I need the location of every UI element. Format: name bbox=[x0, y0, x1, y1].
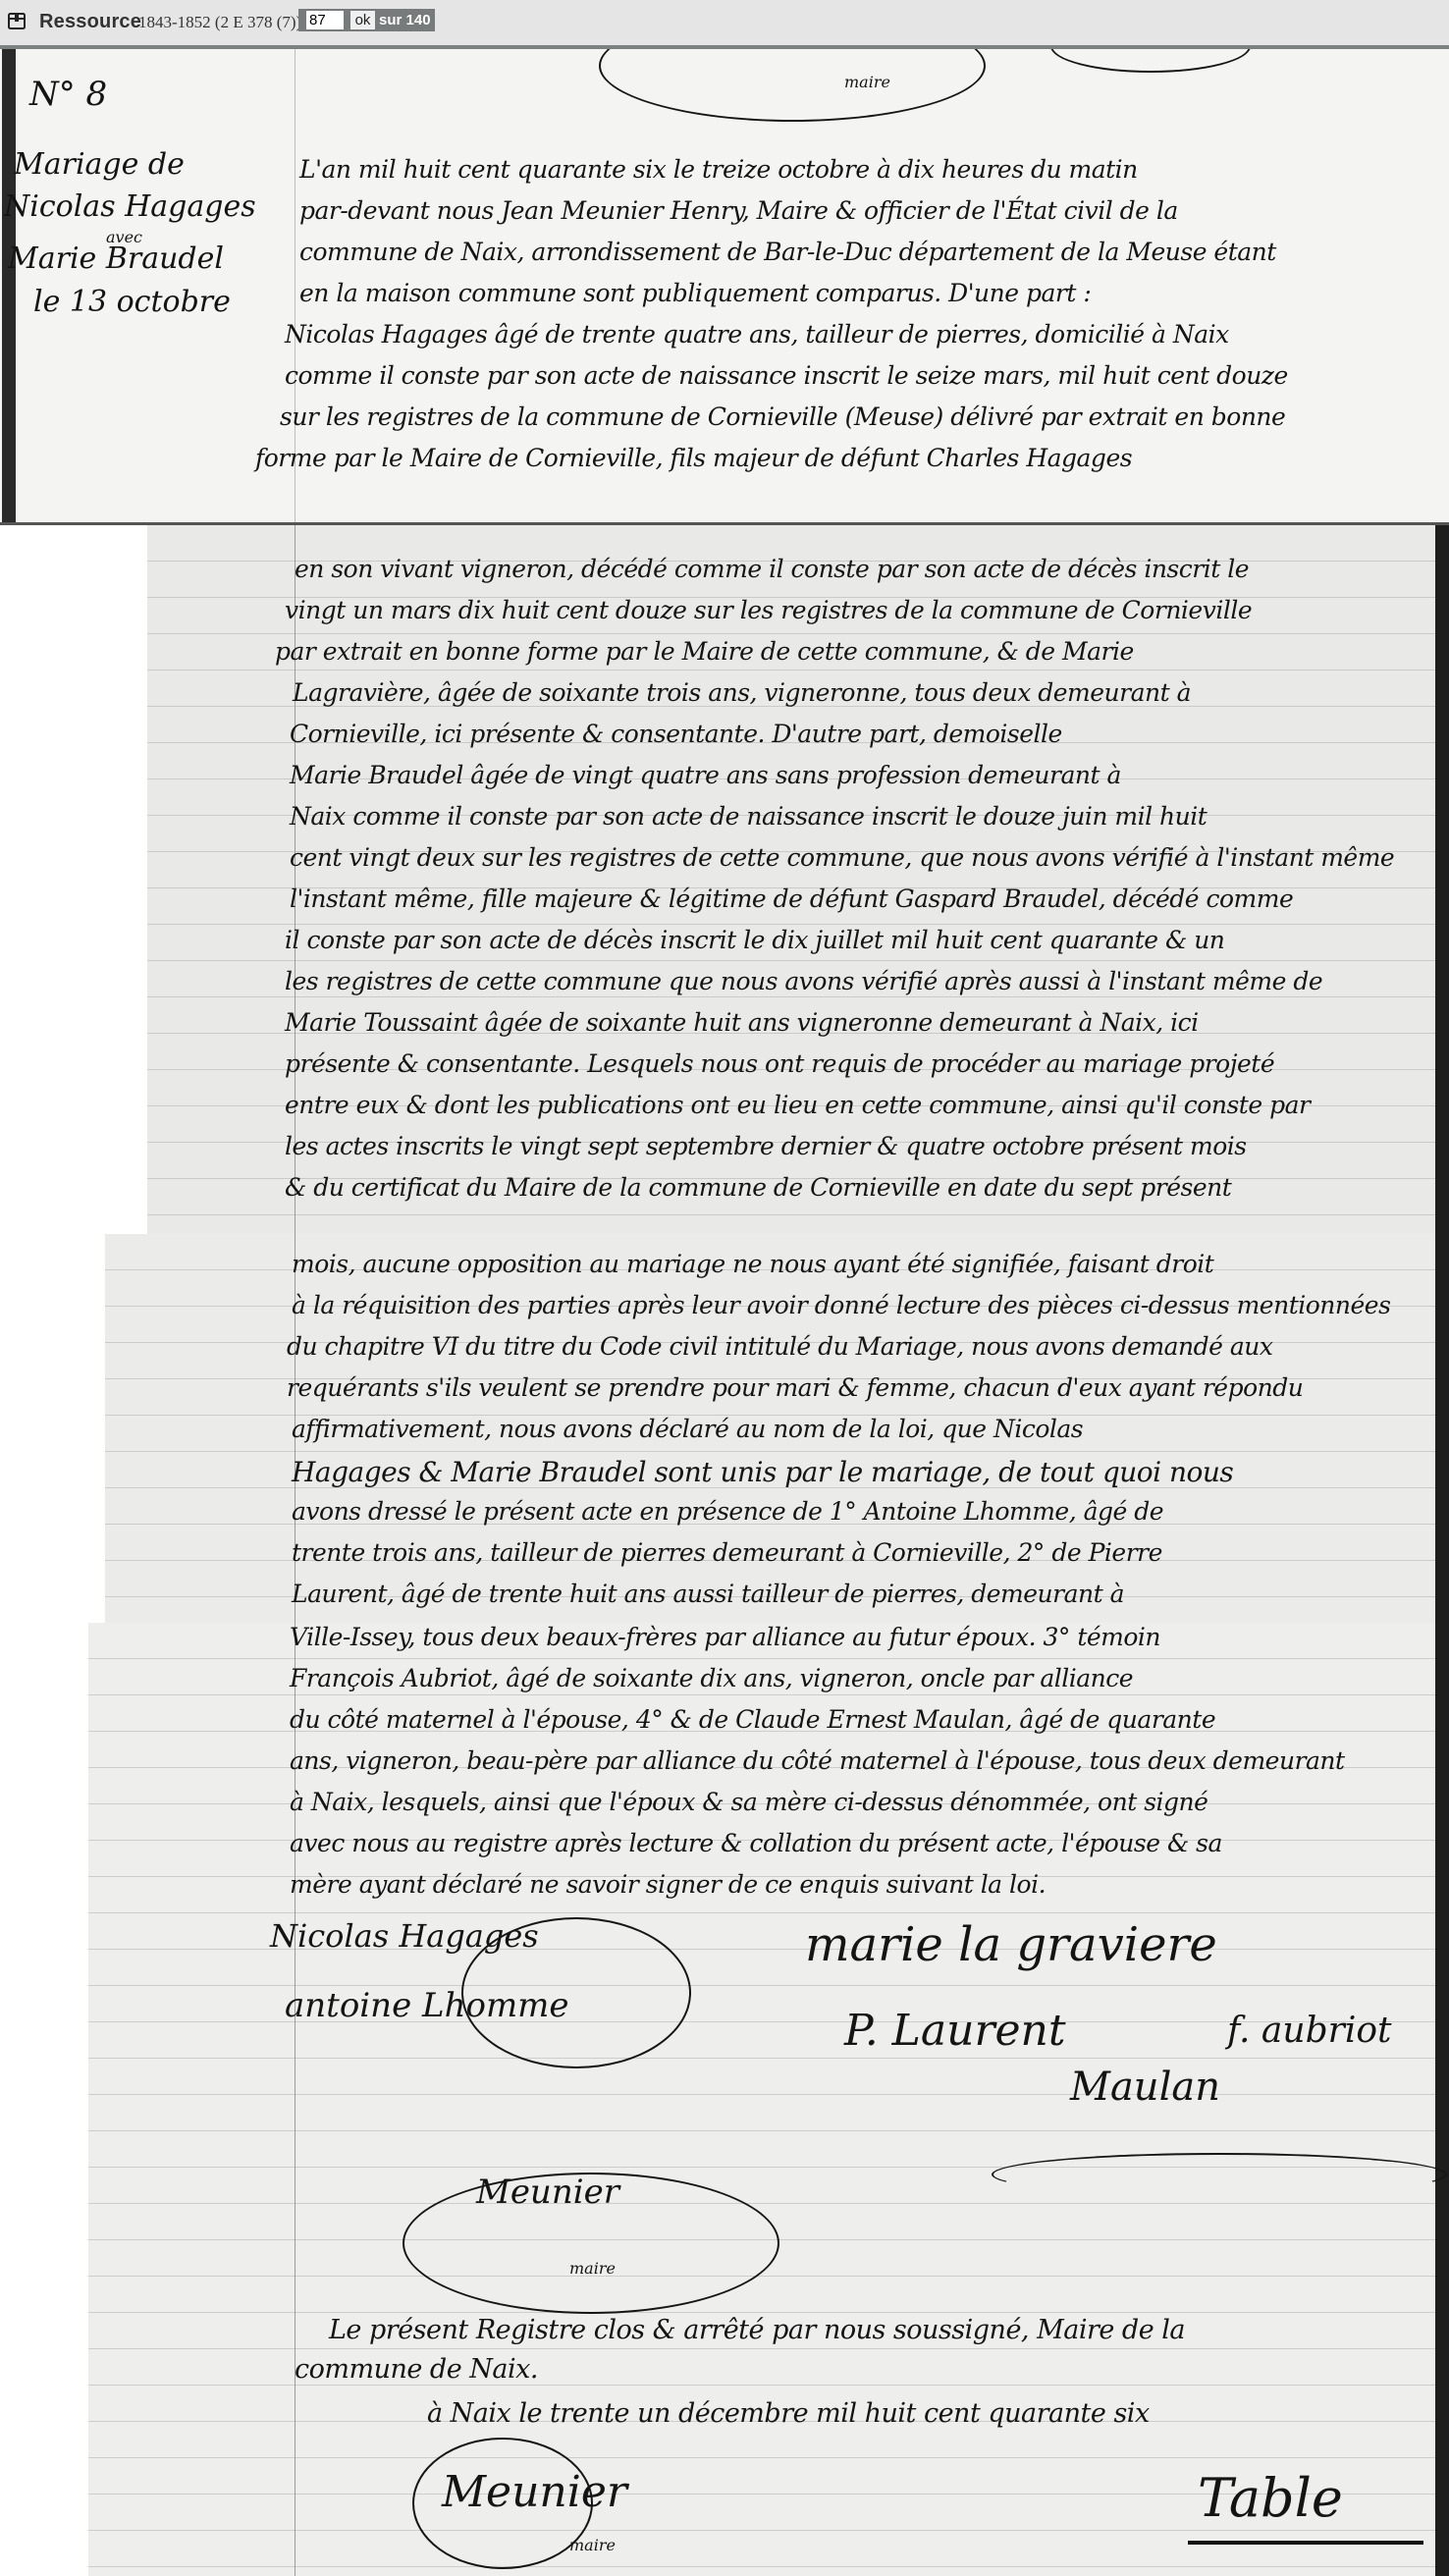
act-text-line: Cornieville, ici présente & consentante.… bbox=[290, 720, 1062, 748]
page-navigator: ok sur 140 bbox=[298, 9, 435, 31]
act-text-line: avec nous au registre après lecture & co… bbox=[290, 1829, 1222, 1857]
page-right-edge bbox=[1435, 1623, 1449, 2576]
margin-note-line: Mariage de bbox=[14, 147, 185, 182]
ruled-lines bbox=[147, 525, 1435, 1234]
act-text-line: commune de Naix, arrondissement de Bar-l… bbox=[299, 238, 1276, 266]
act-text-line: par-devant nous Jean Meunier Henry, Mair… bbox=[299, 196, 1178, 225]
signature-flourish bbox=[461, 1917, 691, 2068]
act-text-line: Laurent, âgé de trente huit ans aussi ta… bbox=[292, 1580, 1124, 1608]
mayor-title: maire bbox=[569, 2259, 616, 2278]
act-text-line: en la maison commune sont publiquement c… bbox=[299, 279, 1091, 307]
closing-text-line: Le présent Registre clos & arrêté par no… bbox=[329, 2315, 1185, 2345]
page-total-label: sur 140 bbox=[379, 11, 431, 29]
resource-title: Ressource bbox=[39, 11, 141, 33]
act-text-line: L'an mil huit cent quarante six le treiz… bbox=[299, 155, 1138, 184]
act-text-line: avons dressé le présent acte en présence… bbox=[292, 1497, 1163, 1526]
act-text-line: entre eux & dont les publications ont eu… bbox=[285, 1091, 1310, 1119]
margin-note-line: Marie Braudel bbox=[8, 241, 224, 276]
act-text-line: mère ayant déclaré ne savoir signer de c… bbox=[290, 1870, 1046, 1899]
act-text-line: à la réquisition des parties après leur … bbox=[292, 1291, 1390, 1319]
closing-signature-title: maire bbox=[569, 2536, 616, 2554]
act-text-line: par extrait en bonne forme par le Maire … bbox=[275, 637, 1134, 666]
act-text-line: sur les registres de la commune de Corni… bbox=[280, 402, 1285, 431]
act-text-line: Marie Braudel âgée de vingt quatre ans s… bbox=[290, 761, 1121, 789]
scan-tile-3[interactable]: mois, aucune opposition au mariage ne no… bbox=[105, 1234, 1449, 1623]
signature-flourish bbox=[992, 2153, 1447, 2196]
act-text-line: du chapitre VI du titre du Code civil in… bbox=[287, 1332, 1273, 1361]
closing-text-line: à Naix le trente un décembre mil huit ce… bbox=[427, 2398, 1150, 2429]
act-text-line: François Aubriot, âgé de soixante dix an… bbox=[290, 1664, 1133, 1692]
act-text-line: forme par le Maire de Cornieville, fils … bbox=[255, 444, 1132, 472]
act-text-line: Ville-Issey, tous deux beaux-frères par … bbox=[290, 1623, 1160, 1651]
signature-witness-4: Maulan bbox=[1070, 2065, 1220, 2110]
closing-text-line: commune de Naix. bbox=[295, 2354, 538, 2385]
signature-bride-mother: marie la graviere bbox=[805, 1917, 1217, 1972]
act-text-line: requérants s'ils veulent se prendre pour… bbox=[287, 1373, 1303, 1402]
page-right-edge bbox=[1435, 525, 1449, 1234]
act-text-line: Hagages & Marie Braudel sont unis par le… bbox=[292, 1456, 1233, 1488]
act-text-line: à Naix, lesquels, ainsi que l'époux & sa… bbox=[290, 1788, 1207, 1816]
seal-label: maire bbox=[844, 73, 890, 91]
act-text-line: & du certificat du Maire de la commune d… bbox=[285, 1173, 1231, 1202]
act-text-line: vingt un mars dix huit cent douze sur le… bbox=[285, 596, 1252, 624]
resource-toolbar: Ressource 1843-1852 (2 E 378 (7)) ok sur… bbox=[0, 0, 1449, 45]
act-text-line: mois, aucune opposition au mariage ne no… bbox=[292, 1250, 1213, 1278]
closing-signature: Meunier bbox=[442, 2467, 627, 2517]
act-text-line: ans, vigneron, beau-père par alliance du… bbox=[290, 1746, 1345, 1775]
act-text-line: Nicolas Hagages âgé de trente quatre ans… bbox=[285, 320, 1229, 349]
scan-tile-1[interactable]: maire N° 8 Mariage de Nicolas Hagages av… bbox=[0, 49, 1449, 525]
margin-rule bbox=[295, 525, 295, 1234]
page-right-edge bbox=[1435, 1234, 1449, 1623]
resource-subtitle: 1843-1852 (2 E 378 (7)) bbox=[138, 13, 301, 32]
scan-tile-4[interactable]: Ville-Issey, tous deux beaux-frères par … bbox=[88, 1623, 1449, 2576]
act-text-line: les actes inscrits le vingt sept septemb… bbox=[285, 1132, 1247, 1160]
margin-note-line: le 13 octobre bbox=[33, 285, 231, 319]
signature-flourish bbox=[599, 49, 986, 122]
table-heading: Table bbox=[1198, 2467, 1343, 2529]
act-text-line: Lagravière, âgée de soixante trois ans, … bbox=[293, 678, 1191, 707]
page-spine-edge bbox=[2, 49, 16, 525]
signature-witness-3: f. aubriot bbox=[1227, 2011, 1391, 2051]
go-to-page-button[interactable]: ok bbox=[350, 11, 375, 29]
act-text-line: Marie Toussaint âgée de soixante huit an… bbox=[285, 1008, 1199, 1037]
act-text-line: du côté maternel à l'épouse, 4° & de Cla… bbox=[290, 1705, 1215, 1734]
act-text-line: trente trois ans, tailleur de pierres de… bbox=[292, 1538, 1162, 1567]
act-text-line: l'instant même, fille majeure & légitime… bbox=[290, 885, 1293, 913]
act-text-line: Naix comme il conste par son acte de nai… bbox=[290, 802, 1207, 831]
act-text-line: comme il conste par son acte de naissanc… bbox=[285, 361, 1288, 390]
archive-box-icon bbox=[8, 12, 26, 29]
signature-witness-2: P. Laurent bbox=[844, 2006, 1066, 2056]
table-underline bbox=[1188, 2541, 1423, 2545]
act-text-line: il conste par son acte de décès inscrit … bbox=[285, 926, 1224, 954]
margin-note-line: Nicolas Hagages bbox=[4, 189, 256, 224]
act-text-line: affirmativement, nous avons déclaré au n… bbox=[292, 1415, 1083, 1443]
scan-tile-2[interactable]: en son vivant vigneron, décédé comme il … bbox=[147, 525, 1449, 1234]
act-number: N° 8 bbox=[29, 75, 107, 114]
signature-flourish bbox=[1050, 49, 1251, 73]
page-number-input[interactable] bbox=[306, 11, 344, 29]
act-text-line: les registres de cette commune que nous … bbox=[285, 967, 1322, 995]
act-text-line: en son vivant vigneron, décédé comme il … bbox=[295, 555, 1249, 583]
mayor-seal-flourish bbox=[402, 2173, 779, 2314]
act-text-line: cent vingt deux sur les registres de cet… bbox=[290, 843, 1394, 872]
act-text-line: présente & consentante. Lesquels nous on… bbox=[285, 1049, 1274, 1078]
